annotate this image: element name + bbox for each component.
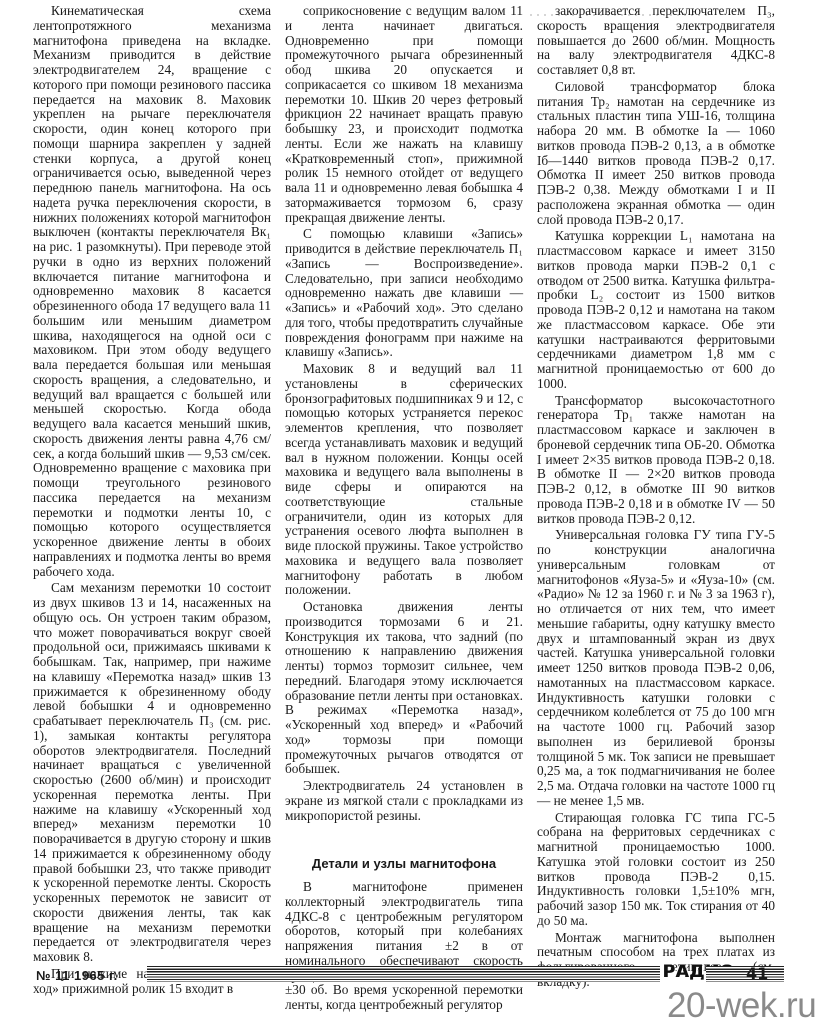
- paragraph: С помощью клавиши «Запись» приводится в …: [285, 227, 523, 360]
- paragraph: соприкосновение с ведущим валом 11 и лен…: [285, 4, 523, 225]
- article-column-middle: соприкосновение с ведущим валом 11 и лен…: [285, 4, 523, 1013]
- page-number: 41: [746, 964, 768, 983]
- article-column-right: закорачивается переключателем П₃, скорос…: [537, 4, 775, 990]
- issue-label: № 11 1965 г.: [36, 968, 118, 983]
- paragraph: Сам механизм перемотки 10 состоит из дву…: [33, 581, 271, 965]
- paragraph: Универсальная головка ГУ типа ГУ-5 по ко…: [537, 528, 775, 808]
- paragraph: Силовой трансформатор блока питания Тр₂ …: [537, 80, 775, 228]
- paragraph: В магнитофоне применен коллекторный элек…: [285, 880, 523, 1013]
- section-heading: Детали и узлы магнитофона: [285, 857, 523, 872]
- paragraph: закорачивается переключателем П₃, скорос…: [537, 4, 775, 78]
- footer-rule-right: [706, 966, 784, 982]
- paragraph: Катушка коррекции L₁ намотана на пластма…: [537, 229, 775, 391]
- paragraph: Кинематическая схема лентопротяжного мех…: [33, 4, 271, 579]
- footer-rule-left: [147, 966, 660, 982]
- watermark: 20-wek.ru: [667, 986, 816, 1024]
- article-column-left: Кинематическая схема лентопротяжного мех…: [33, 4, 271, 996]
- paragraph: Стирающая головка ГС типа ГС-5 собрана н…: [537, 811, 775, 929]
- paragraph: Маховик 8 и ведущий вал 11 установлены в…: [285, 362, 523, 598]
- paragraph: Электродвигатель 24 установлен в экране …: [285, 779, 523, 823]
- paragraph: Остановка движения ленты производится то…: [285, 600, 523, 777]
- paragraph: Трансформатор высокочастотного генератор…: [537, 394, 775, 527]
